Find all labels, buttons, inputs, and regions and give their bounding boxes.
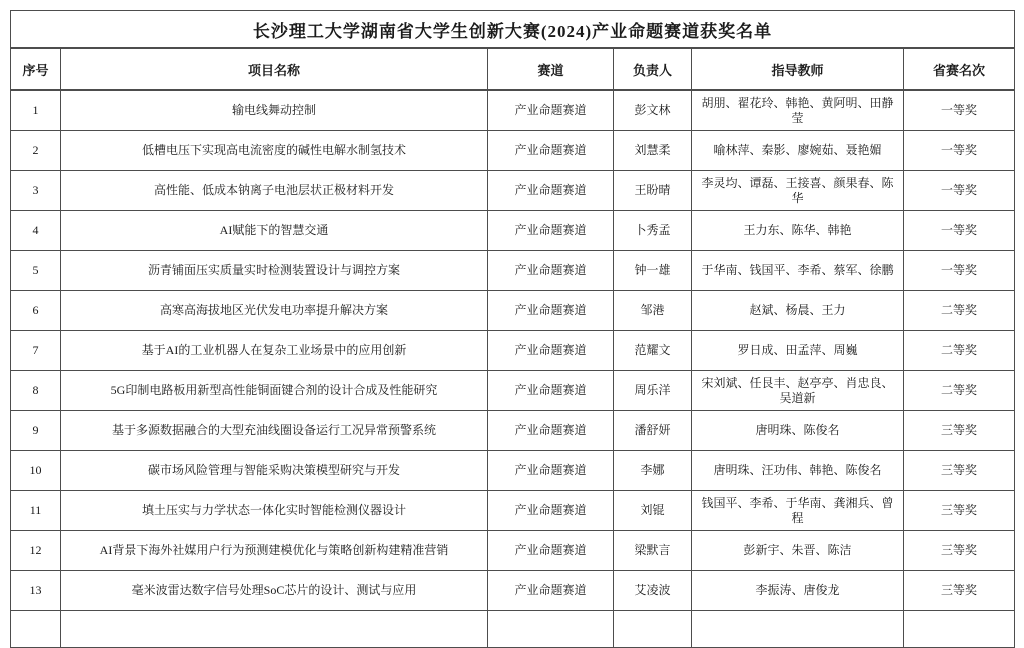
- cell-leader: 梁默言: [614, 531, 692, 571]
- table-row: 6高寒高海拔地区光伏发电功率提升解决方案产业命题赛道邹港赵斌、杨晨、王力二等奖: [11, 291, 1015, 331]
- cell-project: 5G印制电路板用新型高性能铜面键合剂的设计合成及性能研究: [61, 371, 488, 411]
- cell-no: 5: [11, 251, 61, 291]
- cell-rank: 二等奖: [904, 371, 1015, 411]
- cell-no: 10: [11, 451, 61, 491]
- title-row: 长沙理工大学湖南省大学生创新大赛(2024)产业命题赛道获奖名单: [11, 11, 1015, 49]
- cell-rank: 一等奖: [904, 251, 1015, 291]
- table-row: 13毫米波雷达数字信号处理SoC芯片的设计、测试与应用产业命题赛道艾凌波李振涛、…: [11, 571, 1015, 611]
- cell-advisors: 唐明珠、汪功伟、韩艳、陈俊名: [692, 451, 904, 491]
- cell-advisors: 钱国平、李希、于华南、龚湘兵、曾程: [692, 491, 904, 531]
- table-row: 10碳市场风险管理与智能采购决策模型研究与开发产业命题赛道李娜唐明珠、汪功伟、韩…: [11, 451, 1015, 491]
- table-row: 9基于多源数据融合的大型充油线圈设备运行工况异常预警系统产业命题赛道潘舒妍唐明珠…: [11, 411, 1015, 451]
- cell-project: 基于多源数据融合的大型充油线圈设备运行工况异常预警系统: [61, 411, 488, 451]
- cell-empty: [11, 611, 61, 648]
- cell-project: 高寒高海拔地区光伏发电功率提升解决方案: [61, 291, 488, 331]
- cell-leader: 王盼晴: [614, 171, 692, 211]
- cell-project: 基于AI的工业机器人在复杂工业场景中的应用创新: [61, 331, 488, 371]
- cell-track: 产业命题赛道: [488, 90, 614, 131]
- cell-no: 13: [11, 571, 61, 611]
- cell-rank: 三等奖: [904, 451, 1015, 491]
- cell-advisors: 赵斌、杨晨、王力: [692, 291, 904, 331]
- table-row: 3高性能、低成本钠离子电池层状正极材料开发产业命题赛道王盼晴李灵均、谭磊、王接喜…: [11, 171, 1015, 211]
- cell-no: 8: [11, 371, 61, 411]
- cell-rank: 三等奖: [904, 571, 1015, 611]
- header-no: 序号: [11, 48, 61, 90]
- cell-no: 9: [11, 411, 61, 451]
- cell-track: 产业命题赛道: [488, 291, 614, 331]
- cell-rank: 三等奖: [904, 491, 1015, 531]
- cell-rank: 一等奖: [904, 131, 1015, 171]
- cell-no: 2: [11, 131, 61, 171]
- table-row: 5沥青铺面压实质量实时检测装置设计与调控方案产业命题赛道钟一雄于华南、钱国平、李…: [11, 251, 1015, 291]
- cell-rank: 一等奖: [904, 90, 1015, 131]
- award-table: 长沙理工大学湖南省大学生创新大赛(2024)产业命题赛道获奖名单 序号 项目名称…: [10, 10, 1015, 648]
- cell-advisors: 李灵均、谭磊、王接喜、颜果春、陈华: [692, 171, 904, 211]
- table-row: 11填土压实与力学状态一体化实时智能检测仪器设计产业命题赛道刘锟钱国平、李希、于…: [11, 491, 1015, 531]
- cell-leader: 周乐洋: [614, 371, 692, 411]
- table-row: 7基于AI的工业机器人在复杂工业场景中的应用创新产业命题赛道范耀文罗日成、田孟萍…: [11, 331, 1015, 371]
- cell-empty: [692, 611, 904, 648]
- cell-no: 4: [11, 211, 61, 251]
- cell-no: 6: [11, 291, 61, 331]
- cell-project: 碳市场风险管理与智能采购决策模型研究与开发: [61, 451, 488, 491]
- cell-track: 产业命题赛道: [488, 211, 614, 251]
- cell-empty: [61, 611, 488, 648]
- cell-leader: 刘慧柔: [614, 131, 692, 171]
- cell-track: 产业命题赛道: [488, 491, 614, 531]
- cell-track: 产业命题赛道: [488, 451, 614, 491]
- cell-leader: 钟一雄: [614, 251, 692, 291]
- cell-advisors: 唐明珠、陈俊名: [692, 411, 904, 451]
- cell-empty: [488, 611, 614, 648]
- cell-project: 毫米波雷达数字信号处理SoC芯片的设计、测试与应用: [61, 571, 488, 611]
- header-project: 项目名称: [61, 48, 488, 90]
- cell-leader: 范耀文: [614, 331, 692, 371]
- cell-track: 产业命题赛道: [488, 131, 614, 171]
- table-row: 1输电线舞动控制产业命题赛道彭文林胡朋、翟花玲、韩艳、黄阿明、田静莹一等奖: [11, 90, 1015, 131]
- cell-empty: [904, 611, 1015, 648]
- cell-track: 产业命题赛道: [488, 171, 614, 211]
- cell-project: 沥青铺面压实质量实时检测装置设计与调控方案: [61, 251, 488, 291]
- cell-project: 低槽电压下实现高电流密度的碱性电解水制氢技术: [61, 131, 488, 171]
- header-leader: 负责人: [614, 48, 692, 90]
- table-row: 4AI赋能下的智慧交通产业命题赛道卜秀孟王力东、陈华、韩艳一等奖: [11, 211, 1015, 251]
- cell-track: 产业命题赛道: [488, 371, 614, 411]
- table-row: 12AI背景下海外社媒用户行为预测建模优化与策略创新构建精准营销产业命题赛道梁默…: [11, 531, 1015, 571]
- cell-advisors: 胡朋、翟花玲、韩艳、黄阿明、田静莹: [692, 90, 904, 131]
- table-row: 2低槽电压下实现高电流密度的碱性电解水制氢技术产业命题赛道刘慧柔喻林萍、秦影、廖…: [11, 131, 1015, 171]
- cell-project: AI赋能下的智慧交通: [61, 211, 488, 251]
- cell-advisors: 喻林萍、秦影、廖婉茹、聂艳媚: [692, 131, 904, 171]
- cell-advisors: 李振涛、唐俊龙: [692, 571, 904, 611]
- cell-leader: 李娜: [614, 451, 692, 491]
- cell-leader: 艾凌波: [614, 571, 692, 611]
- cell-rank: 二等奖: [904, 331, 1015, 371]
- cell-project: 高性能、低成本钠离子电池层状正极材料开发: [61, 171, 488, 211]
- cell-rank: 一等奖: [904, 171, 1015, 211]
- cell-leader: 潘舒妍: [614, 411, 692, 451]
- cell-advisors: 于华南、钱国平、李希、蔡军、徐鹏: [692, 251, 904, 291]
- cell-leader: 邹港: [614, 291, 692, 331]
- cell-leader: 彭文林: [614, 90, 692, 131]
- cell-rank: 三等奖: [904, 411, 1015, 451]
- cell-no: 7: [11, 331, 61, 371]
- cell-rank: 二等奖: [904, 291, 1015, 331]
- document-page: 长沙理工大学湖南省大学生创新大赛(2024)产业命题赛道获奖名单 序号 项目名称…: [0, 0, 1024, 623]
- cell-track: 产业命题赛道: [488, 251, 614, 291]
- cell-track: 产业命题赛道: [488, 571, 614, 611]
- cell-project: 输电线舞动控制: [61, 90, 488, 131]
- cell-rank: 一等奖: [904, 211, 1015, 251]
- cell-advisors: 彭新宇、朱晋、陈洁: [692, 531, 904, 571]
- cell-track: 产业命题赛道: [488, 331, 614, 371]
- cell-track: 产业命题赛道: [488, 531, 614, 571]
- cell-advisors: 罗日成、田孟萍、周巍: [692, 331, 904, 371]
- cell-track: 产业命题赛道: [488, 411, 614, 451]
- cell-project: AI背景下海外社媒用户行为预测建模优化与策略创新构建精准营销: [61, 531, 488, 571]
- table-row: 85G印制电路板用新型高性能铜面键合剂的设计合成及性能研究产业命题赛道周乐洋宋刘…: [11, 371, 1015, 411]
- cell-advisors: 宋刘斌、任艮丰、赵亭亭、肖忠良、吴道新: [692, 371, 904, 411]
- cell-leader: 刘锟: [614, 491, 692, 531]
- cell-advisors: 王力东、陈华、韩艳: [692, 211, 904, 251]
- cell-no: 12: [11, 531, 61, 571]
- header-track: 赛道: [488, 48, 614, 90]
- header-rank: 省赛名次: [904, 48, 1015, 90]
- page-title: 长沙理工大学湖南省大学生创新大赛(2024)产业命题赛道获奖名单: [11, 11, 1015, 49]
- header-advisors: 指导教师: [692, 48, 904, 90]
- cell-rank: 三等奖: [904, 531, 1015, 571]
- cell-empty: [614, 611, 692, 648]
- cell-project: 填土压实与力学状态一体化实时智能检测仪器设计: [61, 491, 488, 531]
- cell-no: 1: [11, 90, 61, 131]
- header-row: 序号 项目名称 赛道 负责人 指导教师 省赛名次: [11, 48, 1015, 90]
- empty-row: [11, 611, 1015, 648]
- cell-no: 11: [11, 491, 61, 531]
- cell-no: 3: [11, 171, 61, 211]
- cell-leader: 卜秀孟: [614, 211, 692, 251]
